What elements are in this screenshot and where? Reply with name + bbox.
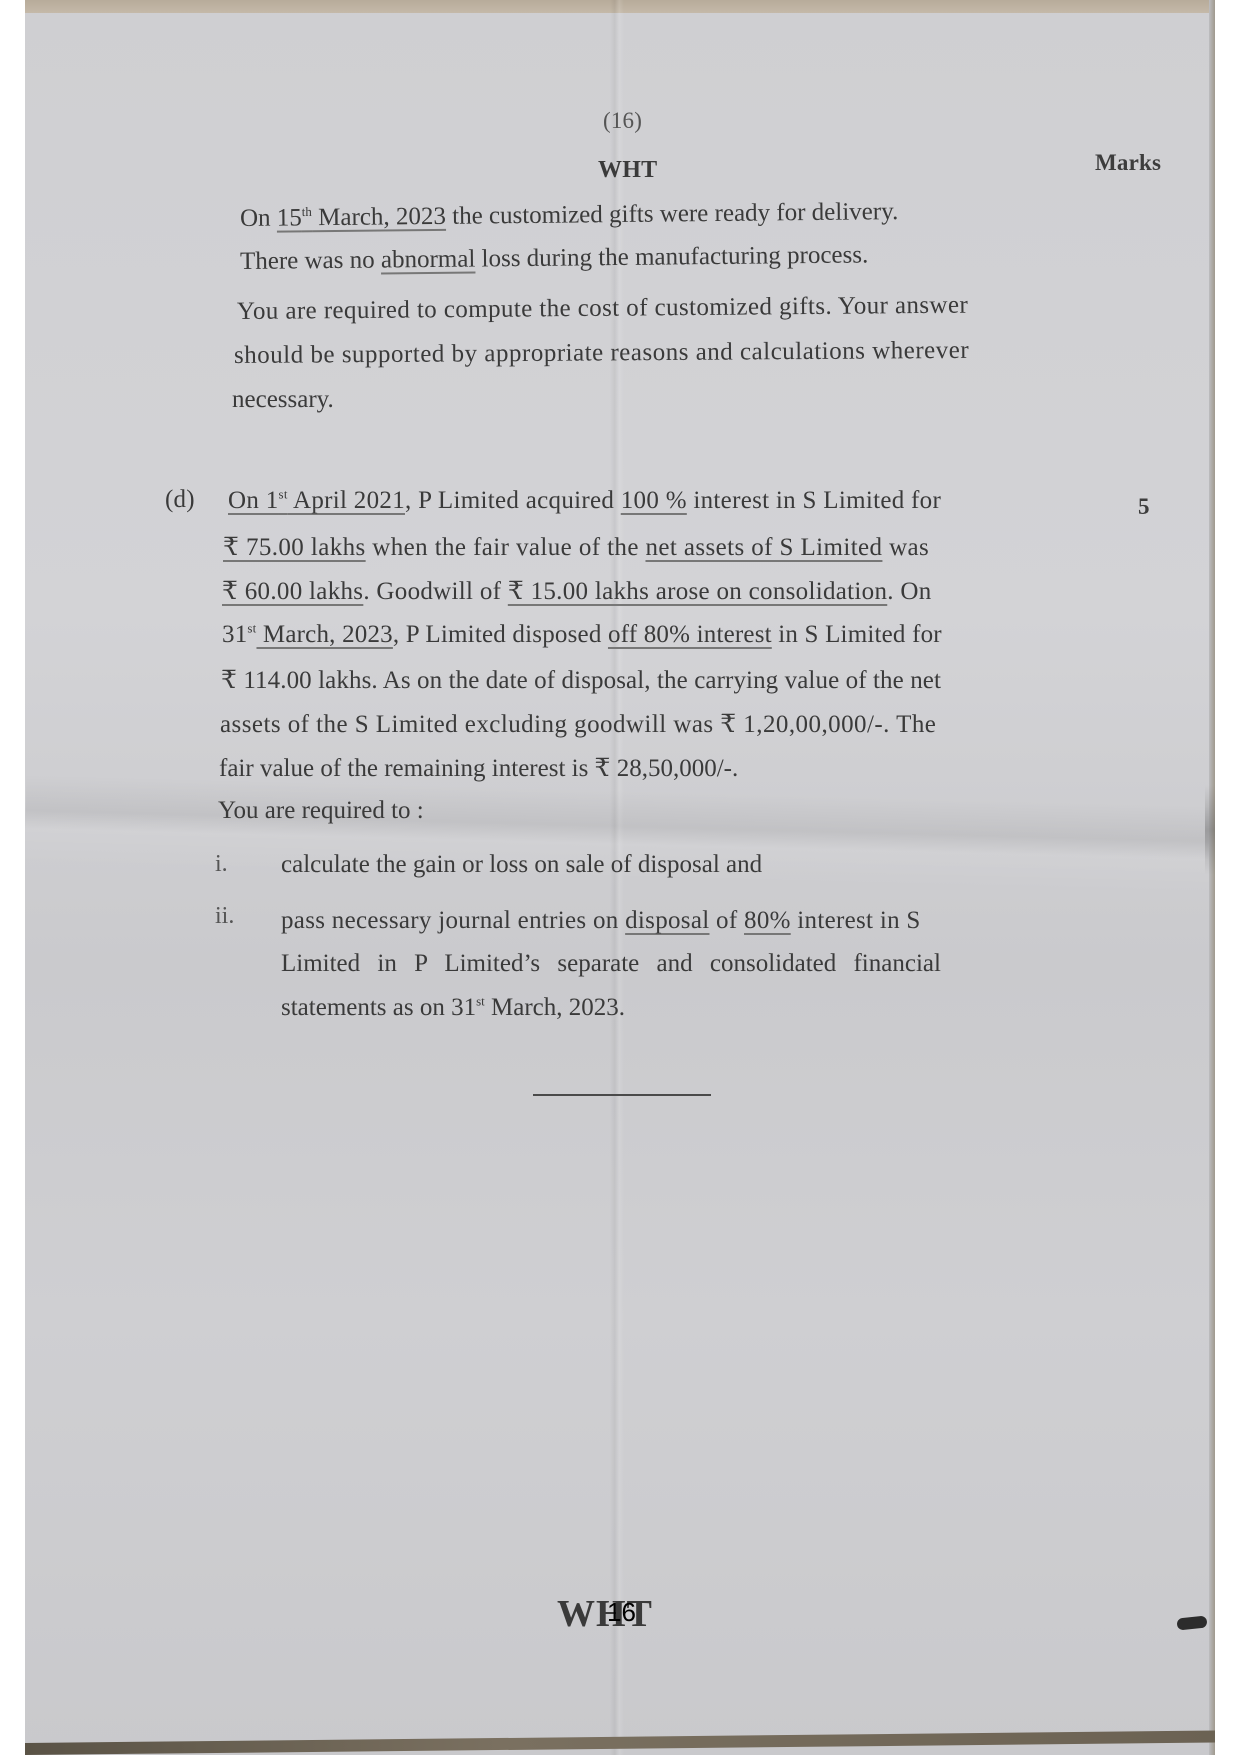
paper-code-header: WHT	[598, 157, 657, 184]
page-number-overlay: 16	[607, 1597, 636, 1628]
requirement-intro: You are required to :	[218, 797, 424, 825]
question-label: (d)	[165, 486, 195, 514]
requirement-number: ii.	[215, 903, 234, 930]
page-number-header: (16)	[603, 108, 642, 134]
page-edge	[1209, 0, 1215, 1755]
text-line: fair value of the remaining interest is …	[219, 753, 738, 783]
end-of-section-rule	[533, 1094, 711, 1096]
margin-mark	[1176, 1615, 1207, 1630]
page-crease	[1205, 785, 1215, 875]
text-line: should be supported by appropriate reaso…	[234, 337, 969, 370]
marks-column-heading: Marks	[1095, 150, 1161, 176]
text-line: 31st March, 2023, P Limited disposed off…	[222, 621, 942, 649]
text-line: ₹ 114.00 lakhs. As on the date of dispos…	[221, 665, 941, 695]
text-line: necessary.	[232, 386, 334, 414]
requirement-text: Limited in P Limited’s separate and cons…	[281, 950, 941, 978]
question-marks: 5	[1138, 494, 1150, 520]
requirement-text: statements as on 31st March, 2023.	[281, 994, 625, 1022]
text-line: On 1st April 2021, P Limited acquired 10…	[228, 487, 941, 515]
requirement-text: calculate the gain or loss on sale of di…	[281, 851, 762, 879]
requirement-text: pass necessary journal entries on dispos…	[281, 907, 921, 935]
paper-code-footer: WHT	[557, 1592, 653, 1636]
text-line: ₹ 60.00 lakhs. Goodwill of ₹ 15.00 lakhs…	[222, 576, 932, 606]
requirement-number: i.	[215, 851, 228, 878]
text-line: ₹ 75.00 lakhs when the fair value of the…	[223, 532, 929, 562]
text-line: assets of the S Limited excluding goodwi…	[220, 709, 936, 739]
